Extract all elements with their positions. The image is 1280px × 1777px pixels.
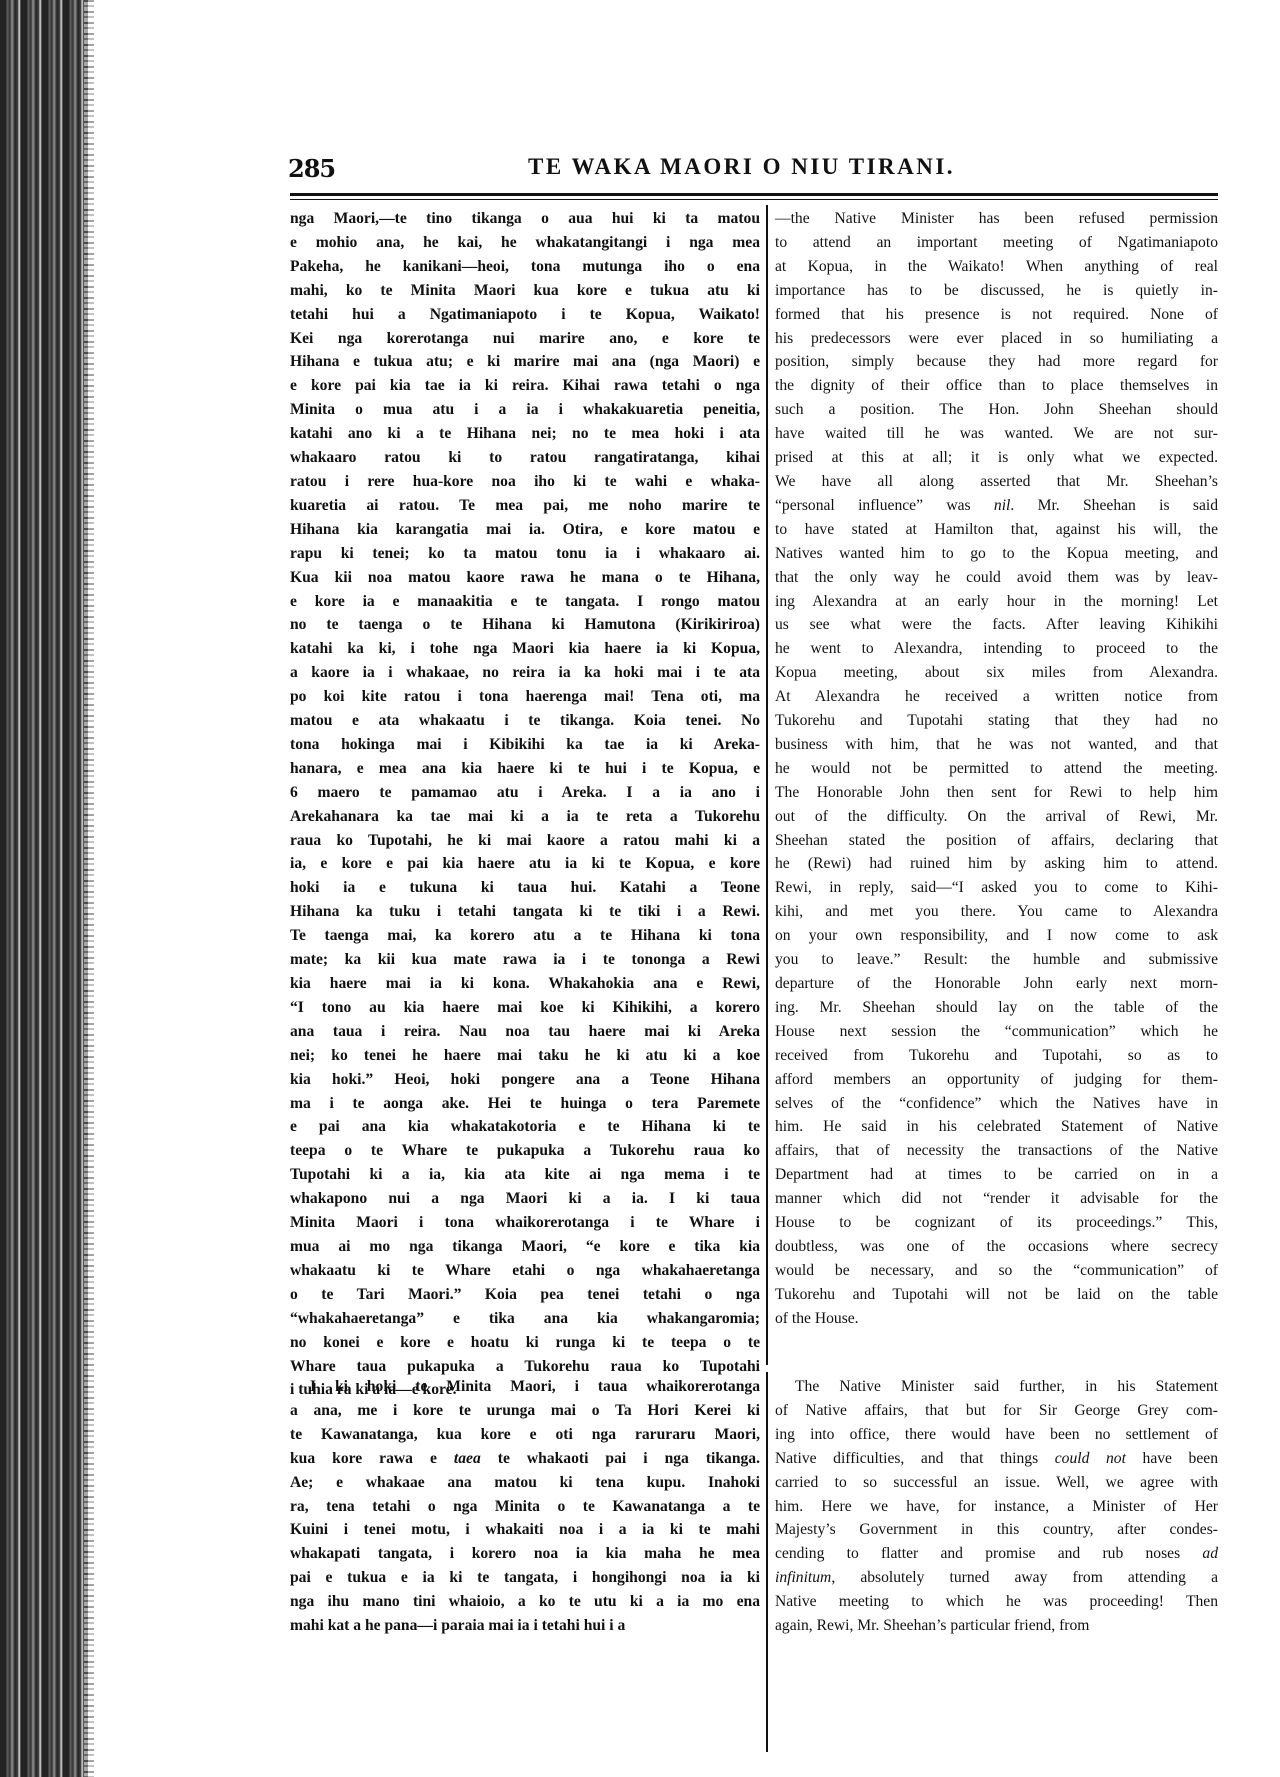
column-divider-bottom bbox=[766, 1372, 768, 1752]
text-line: importance has to be discussed, he is qu… bbox=[775, 279, 1218, 303]
text-line: Rewi, in reply, said—“I asked you to com… bbox=[775, 876, 1218, 900]
text-line: he went to Alexandra, intending to proce… bbox=[775, 637, 1218, 661]
text-line: “whakahaeretanga” e tika ana kia whakang… bbox=[290, 1307, 760, 1331]
text-line: Hihana kia karangatia mai ia. Otira, e k… bbox=[290, 518, 760, 542]
text-line: at Kopua, in the Waikato! When anything … bbox=[775, 255, 1218, 279]
text-line: hoki ia e tukuna ki taua hui. Katahi a T… bbox=[290, 876, 760, 900]
text-line: kia haere mai ia ki kona. Whakahokia ana… bbox=[290, 972, 760, 996]
text-line: Ae; e whakaae ana matou ki tena kupu. In… bbox=[290, 1471, 760, 1495]
text-line: raua ko Tupotahi, he ki mai kaore a rato… bbox=[290, 829, 760, 853]
text-line: of the House. bbox=[775, 1307, 1218, 1331]
text-line: he would not be permitted to attend the … bbox=[775, 757, 1218, 781]
text-line: Tukorehu and Tupotahi will not be laid o… bbox=[775, 1283, 1218, 1307]
text-line: Te taenga mai, ka korero atu a te Hihana… bbox=[290, 924, 760, 948]
text-line: prised at this at all; it is only what w… bbox=[775, 446, 1218, 470]
text-line: again, Rewi, Mr. Sheehan’s particular fr… bbox=[775, 1614, 1218, 1638]
text-line: House next session the “communication” w… bbox=[775, 1020, 1218, 1044]
text-line: ing into office, there would have been n… bbox=[775, 1423, 1218, 1447]
text-line: e mohio ana, he kai, he whakatangitangi … bbox=[290, 231, 760, 255]
text-line: nei; ko tenei he haere mai taku he ki at… bbox=[290, 1044, 760, 1068]
text-line: ratou i rere hua-kore noa iho ki te wahi… bbox=[290, 470, 760, 494]
text-line: no te taenga o te Hihana ki Hamutona (Ki… bbox=[290, 613, 760, 637]
text-line: the dignity of their office than to plac… bbox=[775, 374, 1218, 398]
text-line: affairs, that of necessity the transacti… bbox=[775, 1139, 1218, 1163]
text-line: his predecessors were ever placed in so … bbox=[775, 327, 1218, 351]
text-line: formed that his presence is not required… bbox=[775, 303, 1218, 327]
text-line: Minita o mua atu i a ia i whakakuaretia … bbox=[290, 398, 760, 422]
text-line: have waited till he was wanted. We are n… bbox=[775, 422, 1218, 446]
text-line: departure of the Honorable John early ne… bbox=[775, 972, 1218, 996]
text-line: afford members an opportunity of judging… bbox=[775, 1068, 1218, 1092]
text-line: infinitum, absolutely turned away from a… bbox=[775, 1566, 1218, 1590]
text-line: him. Here we have, for instance, a Minis… bbox=[775, 1495, 1218, 1519]
maori-column-top: nga Maori,—te tino tikanga o aua hui ki … bbox=[290, 207, 760, 1402]
text-line: Pakeha, he kanikani—heoi, tona mutunga i… bbox=[290, 255, 760, 279]
text-line: Department had at times to be carried on… bbox=[775, 1163, 1218, 1187]
text-line: cending to flatter and promise and rub n… bbox=[775, 1542, 1218, 1566]
text-line: that the only way he could avoid them wa… bbox=[775, 566, 1218, 590]
text-line: whakapono nui a nga Maori ki a ia. I ki … bbox=[290, 1187, 760, 1211]
text-line: tona hokinga mai i Kibikihi ka tae ia ki… bbox=[290, 733, 760, 757]
text-line: ma i te aonga ake. Hei te huinga o tera … bbox=[290, 1092, 760, 1116]
text-line: tetahi hui a Ngatimaniapoto i te Kopua, … bbox=[290, 303, 760, 327]
text-line: House to be cognizant of its proceedings… bbox=[775, 1211, 1218, 1235]
text-line: selves of the “confidence” which the Nat… bbox=[775, 1092, 1218, 1116]
text-line: received from Tukorehu and Tupotahi, so … bbox=[775, 1044, 1218, 1068]
english-column-top: —the Native Minister has been refused pe… bbox=[775, 207, 1218, 1331]
text-line: he (Rewi) had ruined him by asking him t… bbox=[775, 852, 1218, 876]
text-line: nga ihu mano tini whaioio, a ko te utu k… bbox=[290, 1590, 760, 1614]
text-line: The Native Minister said further, in his… bbox=[775, 1375, 1218, 1399]
text-line: —the Native Minister has been refused pe… bbox=[775, 207, 1218, 231]
text-line: Natives wanted him to go to the Kopua me… bbox=[775, 542, 1218, 566]
text-line: whakaatu ki te Whare etahi o nga whakaha… bbox=[290, 1259, 760, 1283]
text-line: whakapati tangata, i korero noa ia kia m… bbox=[290, 1542, 760, 1566]
text-line: e pai ana kia whakatakotoria e te Hihana… bbox=[290, 1115, 760, 1139]
text-line: pai e tukua e ia ki te tangata, i hongih… bbox=[290, 1566, 760, 1590]
text-line: on your own responsibility, and I now co… bbox=[775, 924, 1218, 948]
text-line: whakaaro ratou ki to ratou rangatiratang… bbox=[290, 446, 760, 470]
text-line: Tupotahi ki a ia, kia ata kite ai nga me… bbox=[290, 1163, 760, 1187]
text-line: Arekahanara ka tae mai ki a ia te reta a… bbox=[290, 805, 760, 829]
text-line: Kua kii noa matou kaore rawa he mana o t… bbox=[290, 566, 760, 590]
text-line: manner which did not “render it advisabl… bbox=[775, 1187, 1218, 1211]
text-line: mahi, ko te Minita Maori kua kore e tuku… bbox=[290, 279, 760, 303]
text-line: “personal influence” was nil. Mr. Sheeha… bbox=[775, 494, 1218, 518]
text-line: nga Maori,—te tino tikanga o aua hui ki … bbox=[290, 207, 760, 231]
text-line: ing. Mr. Sheehan should lay on the table… bbox=[775, 996, 1218, 1020]
column-divider-top bbox=[766, 205, 768, 1365]
text-line: no konei e kore e hoatu ki runga ki te t… bbox=[290, 1331, 760, 1355]
english-column-bottom: The Native Minister said further, in his… bbox=[775, 1375, 1218, 1638]
text-line: kuaretia ai ratou. Te mea pai, me noho m… bbox=[290, 494, 760, 518]
text-line: Kuini i tenei motu, i whakaiti noa i a i… bbox=[290, 1518, 760, 1542]
text-line: Native meeting to which he was proceedin… bbox=[775, 1590, 1218, 1614]
text-line: carried to so successful an issue. Well,… bbox=[775, 1471, 1218, 1495]
text-line: katahi ka ki, i tohe nga Maori kia haere… bbox=[290, 637, 760, 661]
text-line: Sheehan stated the position of affairs, … bbox=[775, 829, 1218, 853]
text-line: to have stated at Hamilton that, against… bbox=[775, 518, 1218, 542]
text-line: ra, tena tetahi o nga Minita o te Kawana… bbox=[290, 1495, 760, 1519]
text-line: kia hoki.” Heoi, hoki pongere ana a Teon… bbox=[290, 1068, 760, 1092]
text-line: We have all along asserted that Mr. Shee… bbox=[775, 470, 1218, 494]
text-line: Hihana e tukua atu; e ki marire mai ana … bbox=[290, 350, 760, 374]
header-rule-thick bbox=[290, 193, 1218, 196]
maori-column-bottom: I ki hoki te Minita Maori, i taua whaiko… bbox=[290, 1375, 760, 1638]
text-line: position, simply because they had more r… bbox=[775, 350, 1218, 374]
text-line: katahi ano ki a te Hihana nei; no te mea… bbox=[290, 422, 760, 446]
text-line: matou e ata whakaatu i te tikanga. Koia … bbox=[290, 709, 760, 733]
text-line: te Kawanatanga, kua kore e oti nga rarur… bbox=[290, 1423, 760, 1447]
text-line: Kei nga korerotanga nui marire ano, e ko… bbox=[290, 327, 760, 351]
text-line: o te Tari Maori.” Koia pea tenei tetahi … bbox=[290, 1283, 760, 1307]
text-line: kihi, and met you there. You came to Ale… bbox=[775, 900, 1218, 924]
text-line: “I tono au kia haere mai koe ki Kihikihi… bbox=[290, 996, 760, 1020]
text-line: ing Alexandra at an early hour in the mo… bbox=[775, 590, 1218, 614]
text-line: mate; ka kii kua mate rawa ia i te tonon… bbox=[290, 948, 760, 972]
text-line: to attend an important meeting of Ngatim… bbox=[775, 231, 1218, 255]
text-line: doubtless, was one of the occasions wher… bbox=[775, 1235, 1218, 1259]
text-line: mahi kat a he pana—i paraia mai ia i tet… bbox=[290, 1614, 760, 1638]
text-line: Hihana ka tuku i tetahi tangata ki te ti… bbox=[290, 900, 760, 924]
text-line: ana taua i reira. Nau noa tau haere mai … bbox=[290, 1020, 760, 1044]
text-line: 6 maero te pamamao atu i Areka. I a ia a… bbox=[290, 781, 760, 805]
page-header: 285 TE WAKA MAORI O NIU TIRANI. bbox=[288, 150, 1148, 188]
text-line: him. He said in his celebrated Statement… bbox=[775, 1115, 1218, 1139]
text-line: hanara, e mea ana kia haere ki te hui i … bbox=[290, 757, 760, 781]
text-line: business with him, that he was not wante… bbox=[775, 733, 1218, 757]
text-line: teepa o te Whare te pukapuka a Tukorehu … bbox=[290, 1139, 760, 1163]
text-line: of Native affairs, that but for Sir Geor… bbox=[775, 1399, 1218, 1423]
masthead-title: TE WAKA MAORI O NIU TIRANI. bbox=[528, 154, 955, 180]
text-line: mua ai mo nga tikanga Maori, “e kore e t… bbox=[290, 1235, 760, 1259]
text-line: a kaore ia i whakaae, no reira ia ka hok… bbox=[290, 661, 760, 685]
text-line: I ki hoki te Minita Maori, i taua whaiko… bbox=[290, 1375, 760, 1399]
text-line: kua kore rawa e taea te whakaoti pai i n… bbox=[290, 1447, 760, 1471]
text-line: ia, e kore e pai kia haere atu ia ki te … bbox=[290, 852, 760, 876]
header-rule-thin bbox=[290, 199, 1218, 200]
text-line: e kore pai kia tae ia ki reira. Kihai ra… bbox=[290, 374, 760, 398]
text-line: rapu ki tenei; ko ta matou tonu ia i wha… bbox=[290, 542, 760, 566]
text-line: you to leave.” Result: the humble and su… bbox=[775, 948, 1218, 972]
text-line: Tukorehu and Tupotahi stating that they … bbox=[775, 709, 1218, 733]
text-line: Native difficulties, and that things cou… bbox=[775, 1447, 1218, 1471]
text-line: At Alexandra he received a written notic… bbox=[775, 685, 1218, 709]
text-line: Kopua meeting, about six miles from Alex… bbox=[775, 661, 1218, 685]
text-line: such a position. The Hon. John Sheehan s… bbox=[775, 398, 1218, 422]
text-line: out of the difficulty. On the arrival of… bbox=[775, 805, 1218, 829]
text-line: us see what were the facts. After leavin… bbox=[775, 613, 1218, 637]
text-line: Majesty’s Government in this country, af… bbox=[775, 1518, 1218, 1542]
scanned-binding-edge bbox=[0, 0, 88, 1777]
text-line: a ana, me i kore te urunga mai o Ta Hori… bbox=[290, 1399, 760, 1423]
text-line: The Honorable John then sent for Rewi to… bbox=[775, 781, 1218, 805]
text-line: would be necessary, and so the “communic… bbox=[775, 1259, 1218, 1283]
text-line: e kore ia e manaakitia e te tangata. I r… bbox=[290, 590, 760, 614]
page-number: 285 bbox=[288, 154, 335, 183]
text-line: po koi kite ratou i tona haerenga mai! T… bbox=[290, 685, 760, 709]
page-gutter-shadow bbox=[84, 0, 94, 1777]
text-line: Minita Maori i tona whaikorerotanga i te… bbox=[290, 1211, 760, 1235]
